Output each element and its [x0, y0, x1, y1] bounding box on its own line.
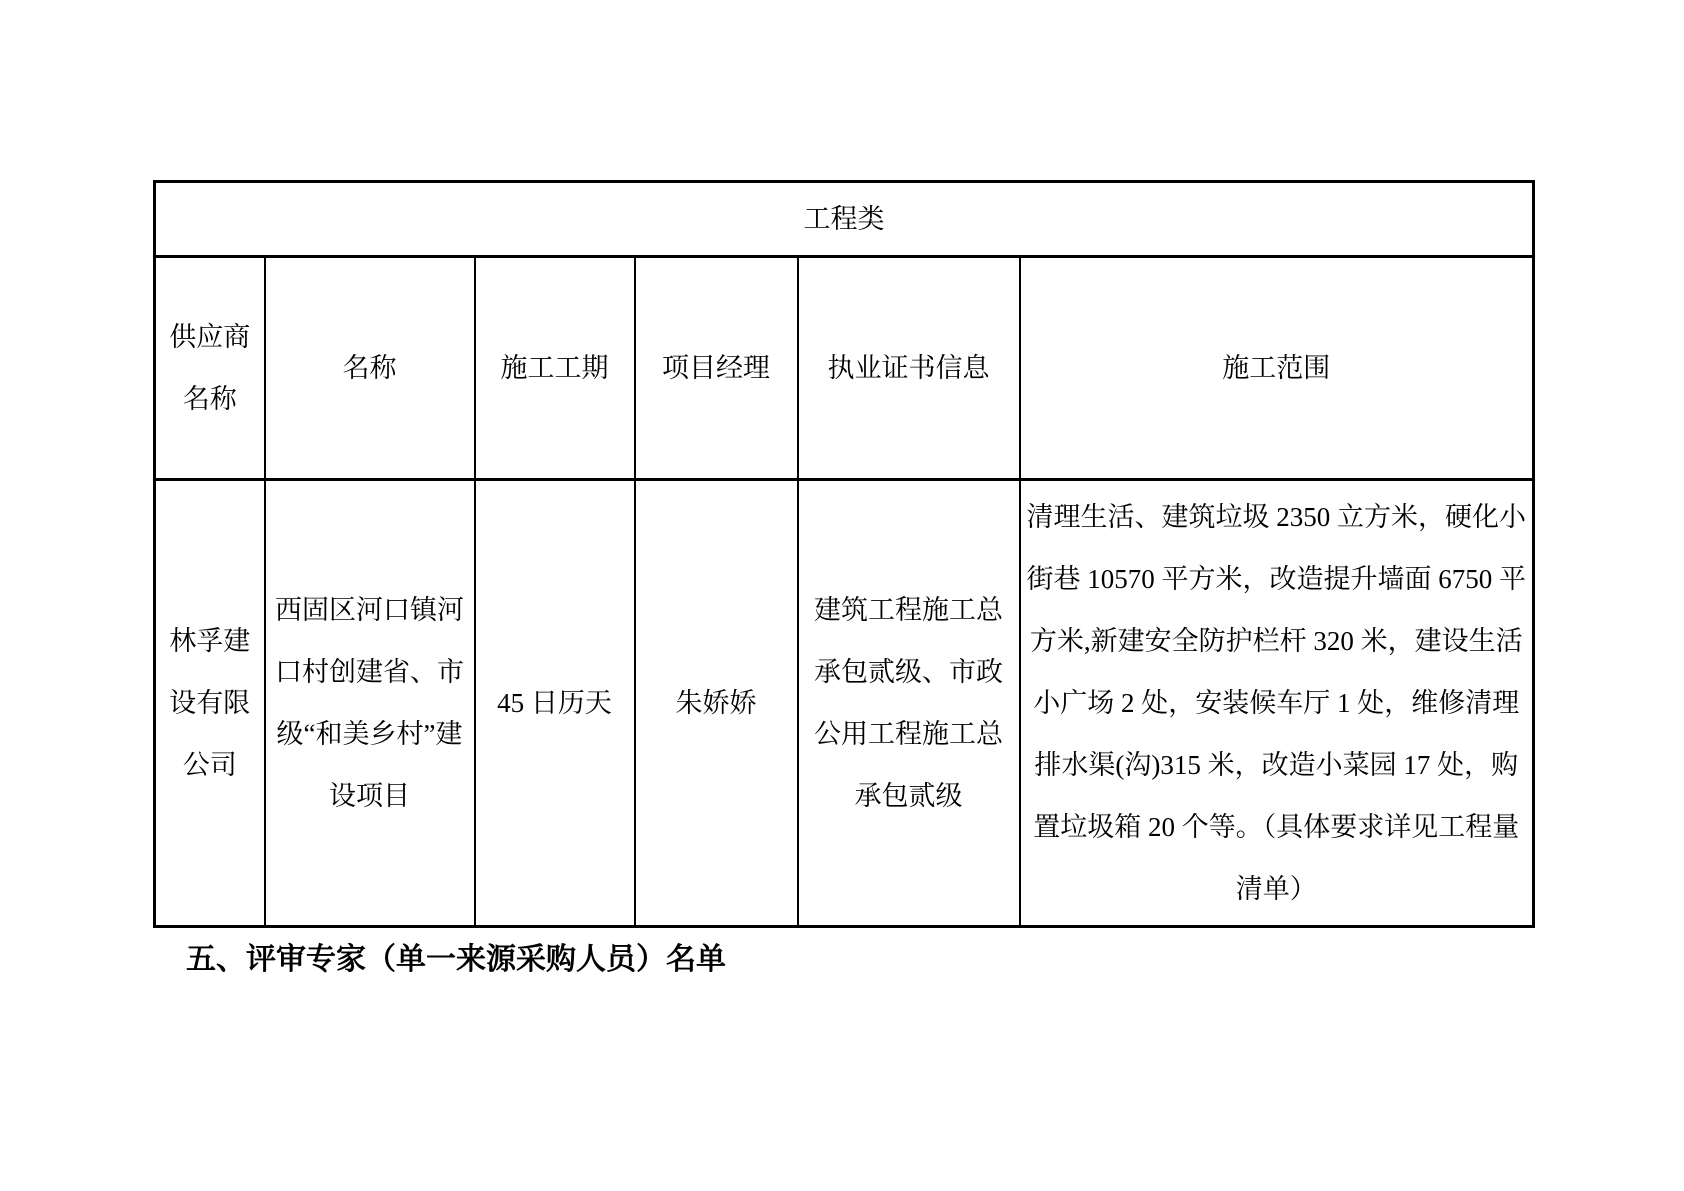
table-row-category: 工程类 [155, 182, 1534, 257]
cell-construction-scope: 清理生活、建筑垃圾 2350 立方米，硬化小街巷 10570 平方米，改造提升墙… [1020, 480, 1534, 927]
cell-project-manager: 朱娇娇 [635, 480, 798, 927]
cell-project-name: 西固区河口镇河口村创建省、市级“和美乡村”建设项目 [265, 480, 475, 927]
table-row-supplier-data: 林孚建设有限公司 西固区河口镇河口村创建省、市级“和美乡村”建设项目 45 日历… [155, 480, 1534, 927]
cell-supplier-name: 林孚建设有限公司 [155, 480, 265, 927]
column-header-certificate-info: 执业证书信息 [798, 257, 1020, 480]
table-row-column-headers: 供应商名称 名称 施工工期 项目经理 执业证书信息 施工范围 [155, 257, 1534, 480]
section-heading: 五、评审专家（单一来源采购人员）名单 [186, 936, 726, 984]
column-header-construction-period: 施工工期 [475, 257, 635, 480]
column-header-construction-scope: 施工范围 [1020, 257, 1534, 480]
category-header-cell: 工程类 [155, 182, 1534, 257]
column-header-project-manager: 项目经理 [635, 257, 798, 480]
cell-certificate-info: 建筑工程施工总承包贰级、市政公用工程施工总承包贰级 [798, 480, 1020, 927]
column-header-project-name: 名称 [265, 257, 475, 480]
supplier-info-table: 工程类 供应商名称 名称 施工工期 项目经理 执业证书信息 施工范围 林孚建设有… [153, 180, 1535, 928]
cell-construction-period: 45 日历天 [475, 480, 635, 927]
column-header-supplier-name: 供应商名称 [155, 257, 265, 480]
document-page: 工程类 供应商名称 名称 施工工期 项目经理 执业证书信息 施工范围 林孚建设有… [0, 0, 1684, 1191]
